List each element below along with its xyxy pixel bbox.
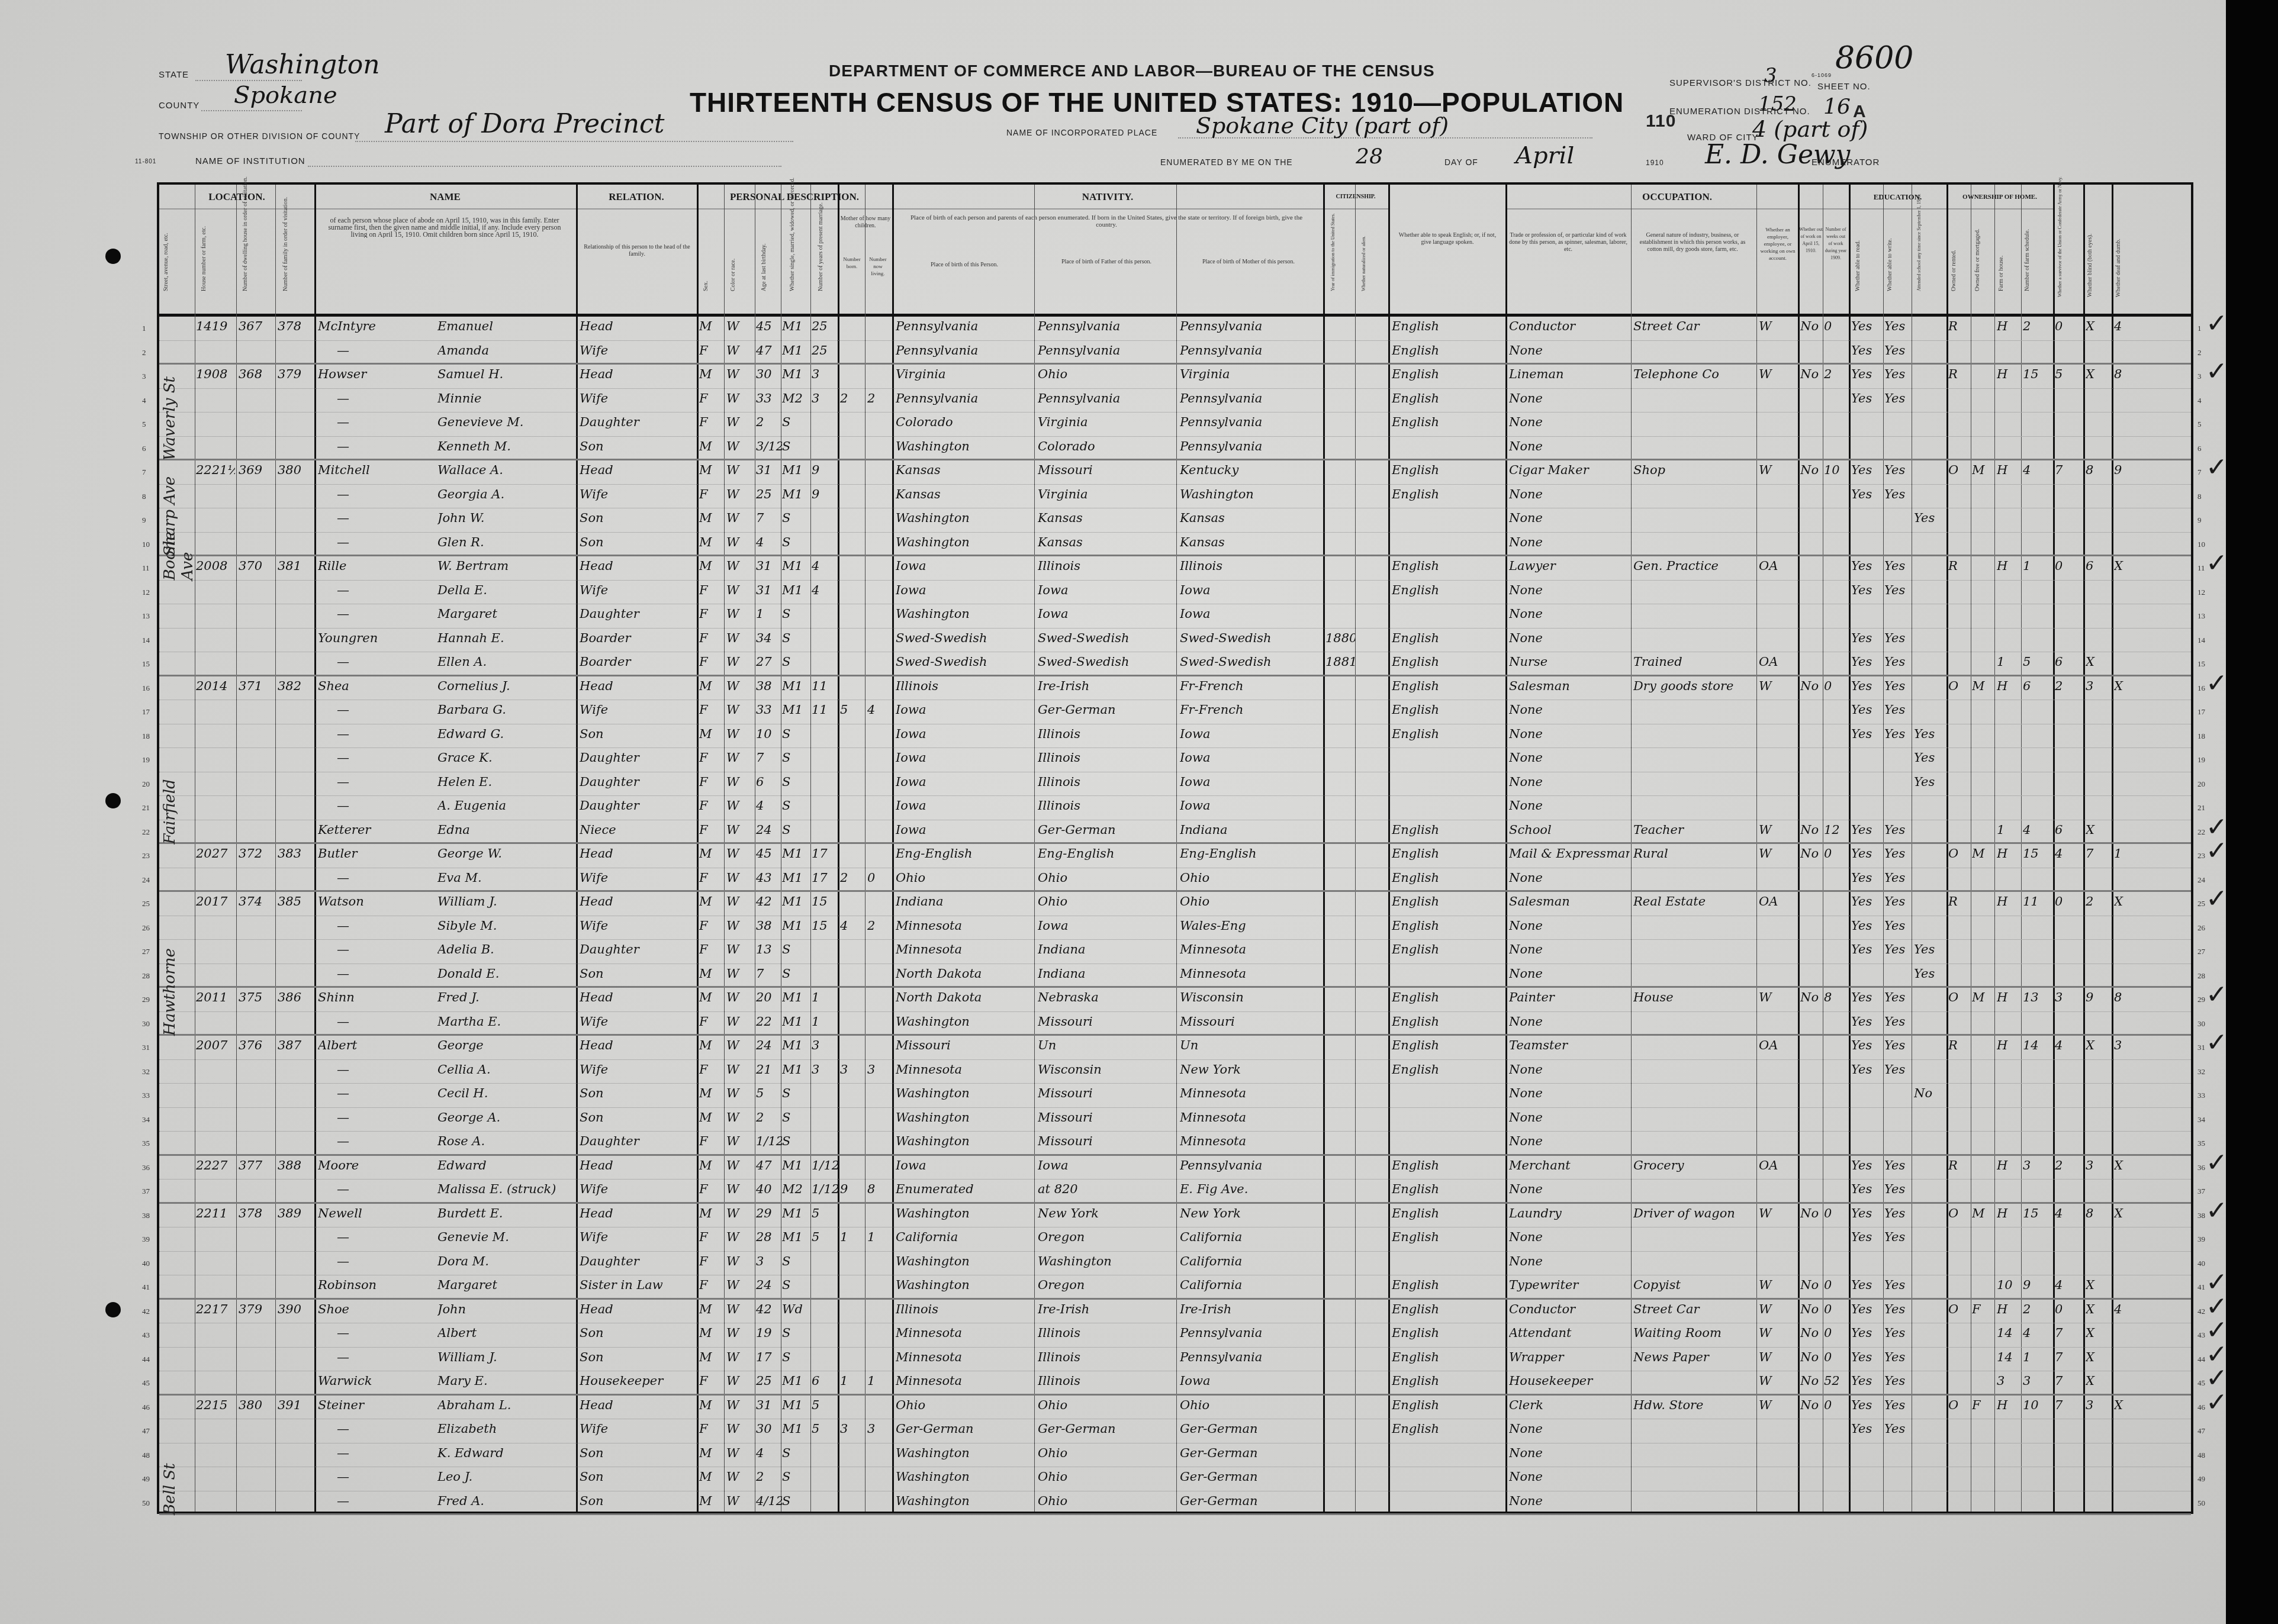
line-number: 23 (2197, 851, 2205, 861)
cell-deaf: X (2114, 1398, 2138, 1412)
cell-can-write: Yes (1884, 367, 1912, 381)
group-relation: RELATION. (576, 185, 697, 210)
line-number-left: 33 (142, 1091, 150, 1100)
header-house-no: House number or farm, etc. (201, 214, 207, 291)
cell-father-birthplace: Indiana (1038, 942, 1175, 956)
cell-children-born: 1 (840, 1374, 864, 1388)
cell-sex: M (699, 1206, 723, 1220)
cell-color: W (726, 487, 753, 501)
cell-weeks-out: 0 (1824, 1326, 1848, 1340)
cell-farm-schedule: 3 (2023, 1158, 2051, 1172)
cell-veteran: 5 (2055, 367, 2082, 381)
line-number-left: 19 (142, 755, 150, 765)
cell-years-married: 6 (812, 1374, 838, 1388)
cell-birthplace: Washington (896, 1446, 1033, 1460)
cell-farm-schedule: 4 (2023, 823, 2051, 837)
cell-blind: 8 (2086, 463, 2110, 477)
cell-sex: F (699, 487, 723, 501)
cell-color: W (726, 775, 753, 789)
cell-father-birthplace: Missouri (1038, 1110, 1175, 1124)
cell-house-number: 2008 (196, 559, 235, 573)
cell-can-write: Yes (1884, 1398, 1912, 1412)
cell-language: English (1392, 1278, 1504, 1292)
cell-father-birthplace: Illinois (1038, 750, 1175, 765)
cell-birthplace: Pennsylvania (896, 319, 1033, 333)
cell-attended-school: Yes (1914, 727, 1945, 741)
table-row: —MinnieWifeFW33M2322PennsylvaniaPennsylv… (159, 389, 2191, 413)
cell-color: W (726, 583, 753, 597)
cell-color: W (726, 919, 753, 933)
cell-age: 4 (756, 1446, 782, 1460)
line-number: 48 (2197, 1451, 2205, 1460)
cell-birthplace: Ohio (896, 871, 1033, 885)
header-industry: General nature of industry, business, or… (1633, 232, 1752, 253)
cell-age: 40 (756, 1182, 782, 1196)
cell-given-name: Emanuel (437, 319, 574, 333)
cell-surname: Howser (318, 367, 436, 381)
line-number: 10 (2197, 540, 2205, 549)
cell-given-name: Leo J. (437, 1470, 574, 1484)
cell-can-write: Yes (1884, 631, 1912, 645)
line-number-left: 12 (142, 588, 150, 597)
group-location: LOCATION. (159, 185, 314, 210)
cell-dwelling-number: 368 (239, 367, 274, 381)
cell-language: English (1392, 1158, 1504, 1172)
cell-birthplace: Minnesota (896, 919, 1033, 933)
table-row: —Genevie M.WifeFW28M1511CaliforniaOregon… (159, 1227, 2191, 1252)
cell-given-name: Abraham L. (437, 1398, 574, 1412)
cell-father-birthplace: Virginia (1038, 487, 1175, 501)
cell-given-name: Margaret (437, 1278, 574, 1292)
cell-family-number: 383 (278, 846, 313, 861)
cell-age: 2 (756, 1110, 782, 1124)
cell-father-birthplace: Ohio (1038, 1398, 1175, 1412)
cell-birthplace: Iowa (896, 775, 1033, 789)
cell-children-living: 3 (867, 1422, 891, 1436)
cell-sex: M (699, 511, 723, 525)
cell-marital: M1 (782, 1158, 809, 1172)
cell-father-birthplace: Washington (1038, 1254, 1175, 1268)
header-immigration: Year of immigration to the United States… (1330, 220, 1336, 291)
cell-employer-status: W (1759, 679, 1797, 693)
cell-sex: F (699, 775, 723, 789)
cell-sex: F (699, 871, 723, 885)
cell-marital: S (782, 1110, 809, 1124)
cell-owned-rented: O (1948, 1302, 1970, 1316)
cell-can-read: Yes (1851, 894, 1882, 908)
cell-age: 19 (756, 1326, 782, 1340)
cell-given-name: Albert (437, 1326, 574, 1340)
cell-house-number: 2215 (196, 1398, 235, 1412)
cell-marital: M1 (782, 559, 809, 573)
cell-farm-schedule: 15 (2023, 1206, 2051, 1220)
cell-blind: X (2086, 1374, 2110, 1388)
cell-mother-birthplace: Wales-Eng (1180, 919, 1322, 933)
line-number-left: 16 (142, 684, 150, 693)
cell-veteran: 2 (2055, 1158, 2082, 1172)
cell-birthplace: Illinois (896, 1302, 1033, 1316)
table-row: —Cellia A.WifeFW21M1333MinnesotaWisconsi… (159, 1060, 2191, 1084)
cell-blind: 7 (2086, 846, 2110, 861)
cell-color: W (726, 1134, 753, 1148)
table-row: —Malissa E. (struck)WifeFW40M21/1298Enum… (159, 1180, 2191, 1204)
cell-mother-birthplace: California (1180, 1278, 1322, 1292)
cell-can-read: Yes (1851, 1206, 1882, 1220)
cell-sex: M (699, 1302, 723, 1316)
line-number-left: 6 (142, 444, 146, 453)
cell-children-living: 2 (867, 919, 891, 933)
cell-father-birthplace: at 820 (1038, 1182, 1175, 1196)
line-number: 4 (2197, 396, 2202, 405)
cell-sex: M (699, 1470, 723, 1484)
cell-color: W (726, 727, 753, 741)
cell-color: W (726, 1374, 753, 1388)
cell-marital: S (782, 1446, 809, 1460)
cell-can-read: Yes (1851, 1182, 1882, 1196)
cell-years-married: 15 (812, 919, 838, 933)
line-number: 12 (2197, 588, 2205, 597)
cell-age: 7 (756, 966, 782, 981)
cell-industry: House (1633, 990, 1755, 1004)
cell-trade: None (1509, 798, 1630, 813)
cell-given-name: Genevieve M. (437, 415, 574, 429)
table-row: —Martha E.WifeFW22M11WashingtonMissouriM… (159, 1012, 2191, 1036)
cell-age: 5 (756, 1086, 782, 1100)
cell-birthplace: Washington (896, 535, 1033, 549)
cell-father-birthplace: Swed-Swedish (1038, 655, 1175, 669)
cell-relation: Wife (580, 1182, 695, 1196)
cell-mortgage: M (1972, 679, 1993, 693)
cell-color: W (726, 1470, 753, 1484)
cell-color: W (726, 535, 753, 549)
cell-can-write: Yes (1884, 942, 1912, 956)
cell-owned-rented: O (1948, 1206, 1970, 1220)
cell-veteran: 4 (2055, 846, 2082, 861)
cell-sex: F (699, 942, 723, 956)
cell-dwelling-number: 377 (239, 1158, 274, 1172)
cell-dwelling-number: 378 (239, 1206, 274, 1220)
cell-father-birthplace: Wisconsin (1038, 1062, 1175, 1077)
enumeration-district-value: 152 (1758, 92, 1797, 116)
checkmark-icon: ✓ (2206, 356, 2228, 386)
line-number: 28 (2197, 971, 2205, 981)
cell-father-birthplace: Iowa (1038, 919, 1175, 933)
cell-father-birthplace: Iowa (1038, 607, 1175, 621)
line-number: 38 (2197, 1211, 2205, 1220)
cell-birthplace: Iowa (896, 1158, 1033, 1172)
cell-given-name: Minnie (437, 391, 574, 405)
cell-color: W (726, 607, 753, 621)
cell-employer-status: W (1759, 1350, 1797, 1364)
cell-blind: X (2086, 655, 2110, 669)
cell-house-number: 2007 (196, 1038, 235, 1052)
cell-father-birthplace: Ger-German (1038, 703, 1175, 717)
cell-relation: Son (580, 1326, 695, 1340)
cell-age: 38 (756, 679, 782, 693)
cell-color: W (726, 1158, 753, 1172)
cell-can-write: Yes (1884, 1182, 1912, 1196)
table-row: 2008370381RilleW. BertramHeadMW31M14Iowa… (159, 556, 2191, 581)
cell-marital: M1 (782, 1062, 809, 1077)
line-number-left: 22 (142, 827, 150, 837)
cell-marital: M2 (782, 1182, 809, 1196)
cell-relation: Head (580, 1302, 695, 1316)
cell-owned-rented: O (1948, 1398, 1970, 1412)
cell-house-number: 2227 (196, 1158, 235, 1172)
state-value: Washington (225, 50, 380, 80)
cell-father-birthplace: Illinois (1038, 798, 1175, 813)
cell-years-married: 11 (812, 703, 838, 717)
cell-years-married: 3 (812, 1062, 838, 1077)
cell-mother-birthplace: Swed-Swedish (1180, 655, 1322, 669)
table-row: RobinsonMargaretSister in LawFW24SWashin… (159, 1275, 2191, 1300)
table-row: —Leo J.SonMW2SWashingtonOhioGer-GermanNo… (159, 1467, 2191, 1491)
cell-family-number: 390 (278, 1302, 313, 1316)
cell-family-number: 386 (278, 990, 313, 1004)
cell-birthplace: Washington (896, 439, 1033, 453)
line-number: 25 (2197, 899, 2205, 908)
cell-mother-birthplace: Ohio (1180, 871, 1322, 885)
cell-children-born: 5 (840, 703, 864, 717)
cell-surname: Butler (318, 846, 436, 861)
cell-birthplace: Washington (896, 1470, 1033, 1484)
cell-out-of-work: No (1800, 1350, 1823, 1364)
cell-sex: M (699, 990, 723, 1004)
cell-can-read: Yes (1851, 463, 1882, 477)
cell-house-number: 1908 (196, 367, 235, 381)
cell-can-write: Yes (1884, 1014, 1912, 1029)
line-number: 50 (2197, 1499, 2205, 1508)
cell-birthplace: Indiana (896, 894, 1033, 908)
line-number-left: 24 (142, 875, 150, 885)
line-number-left: 46 (142, 1403, 150, 1412)
line-number: 19 (2197, 755, 2205, 765)
cell-marital: M1 (782, 1422, 809, 1436)
line-number-left: 40 (142, 1259, 150, 1268)
cell-employer-status: OA (1759, 894, 1797, 908)
cell-given-name: Della E. (437, 583, 574, 597)
cell-mother-birthplace: Ohio (1180, 1398, 1322, 1412)
table-row: 2014371382SheaCornelius J.HeadMW38M111Il… (159, 676, 2191, 701)
cell-sex: M (699, 319, 723, 333)
line-number: 1 (2197, 324, 2202, 333)
cell-surname: Albert (318, 1038, 436, 1052)
line-number: 39 (2197, 1235, 2205, 1244)
cell-relation: Wife (580, 1014, 695, 1029)
cell-color: W (726, 367, 753, 381)
cell-given-name: George (437, 1038, 574, 1052)
cell-farm-or-house: H (1997, 367, 2020, 381)
cell-birthplace: Minnesota (896, 1374, 1033, 1388)
cell-sex: F (699, 583, 723, 597)
cell-years-married: 5 (812, 1422, 838, 1436)
line-number-left: 27 (142, 947, 150, 956)
cell-trade: None (1509, 1494, 1630, 1508)
ward-label: Ward of city (1687, 133, 1759, 143)
cell-veteran: 7 (2055, 1374, 2082, 1388)
cell-weeks-out: 0 (1824, 1302, 1848, 1316)
cell-birthplace: Minnesota (896, 1062, 1033, 1077)
cell-sex: M (699, 1086, 723, 1100)
cell-family-number: 388 (278, 1158, 313, 1172)
header-school: Attended school any time since September… (1916, 220, 1922, 291)
cell-owned-rented: R (1948, 367, 1970, 381)
cell-trade: None (1509, 1134, 1630, 1148)
cell-mother-birthplace: Un (1180, 1038, 1322, 1052)
cell-age: 6 (756, 775, 782, 789)
cell-veteran: 3 (2055, 990, 2082, 1004)
cell-mother-birthplace: Swed-Swedish (1180, 631, 1322, 645)
form-code: 11-801 (135, 159, 156, 165)
line-number-left: 10 (142, 540, 150, 549)
cell-given-name: William J. (437, 894, 574, 908)
cell-relation: Head (580, 846, 695, 861)
cell-out-of-work: No (1800, 823, 1823, 837)
cell-birthplace: Iowa (896, 703, 1033, 717)
cell-sex: M (699, 894, 723, 908)
cell-father-birthplace: Kansas (1038, 535, 1175, 549)
cell-industry: Dry goods store (1633, 679, 1755, 693)
cell-can-read: Yes (1851, 942, 1882, 956)
cell-mother-birthplace: Minnesota (1180, 942, 1322, 956)
cell-farm-schedule: 15 (2023, 367, 2051, 381)
census-sheet: State Washington County Spokane Township… (0, 0, 2226, 1624)
cell-language: English (1392, 1206, 1504, 1220)
line-number: 34 (2197, 1115, 2205, 1124)
cell-age: 45 (756, 319, 782, 333)
cell-color: W (726, 703, 753, 717)
cell-years-married: 17 (812, 846, 838, 861)
cell-trade: Mail & Expressman (1509, 846, 1630, 861)
cell-age: 27 (756, 655, 782, 669)
header-farm-schedule: Number of farm schedule. (2024, 220, 2031, 291)
street-name-note: Bell St (161, 1371, 179, 1515)
cell-sex: F (699, 823, 723, 837)
cell-color: W (726, 1422, 753, 1436)
line-number: 42 (2197, 1307, 2205, 1316)
cell-relation: Son (580, 439, 695, 453)
cell-dwelling-number: 372 (239, 846, 274, 861)
cell-language: English (1392, 703, 1504, 717)
cell-employer-status: W (1759, 1374, 1797, 1388)
table-row: 2007376387AlbertGeorgeHeadMW24M13Missour… (159, 1036, 2191, 1060)
cell-language: English (1392, 463, 1504, 477)
header-years-married: Number of years of present marriage. (818, 220, 824, 291)
cell-father-birthplace: Iowa (1038, 1158, 1175, 1172)
cell-father-birthplace: Illinois (1038, 1350, 1175, 1364)
cell-birthplace: Ger-German (896, 1422, 1033, 1436)
cell-farm-schedule: 11 (2023, 894, 2051, 908)
cell-mother-birthplace: Ger-German (1180, 1494, 1322, 1508)
cell-sex: F (699, 703, 723, 717)
cell-given-name: Mary E. (437, 1374, 574, 1388)
cell-color: W (726, 559, 753, 573)
cell-father-birthplace: Pennsylvania (1038, 343, 1175, 357)
cell-relation: Son (580, 511, 695, 525)
cell-out-of-work: No (1800, 1398, 1823, 1412)
header-language: Whether able to speak English; or, if no… (1394, 232, 1501, 246)
cell-years-married: 25 (812, 343, 838, 357)
line-number-left: 50 (142, 1499, 150, 1508)
cell-trade: Painter (1509, 990, 1630, 1004)
cell-given-name: Fred A. (437, 1494, 574, 1508)
cell-father-birthplace: Colorado (1038, 439, 1175, 453)
binder-hole (105, 1302, 121, 1317)
cell-given-name: George A. (437, 1110, 574, 1124)
cell-trade: Typewriter (1509, 1278, 1630, 1292)
cell-language: English (1392, 679, 1504, 693)
cell-language: English (1392, 1230, 1504, 1244)
cell-marital: M1 (782, 1038, 809, 1052)
cell-given-name: Hannah E. (437, 631, 574, 645)
cell-can-read: Yes (1851, 1326, 1882, 1340)
cell-age: 17 (756, 1350, 782, 1364)
cell-mother-birthplace: Pennsylvania (1180, 319, 1322, 333)
cell-mother-birthplace: Indiana (1180, 823, 1322, 837)
cell-given-name: Wallace A. (437, 463, 574, 477)
cell-birthplace: Iowa (896, 727, 1033, 741)
cell-weeks-out: 0 (1824, 1350, 1848, 1364)
cell-age: 43 (756, 871, 782, 885)
cell-sex: F (699, 1374, 723, 1388)
department-heading: DEPARTMENT OF COMMERCE AND LABOR—BUREAU … (829, 62, 1435, 80)
cell-mother-birthplace: New York (1180, 1062, 1322, 1077)
table-row: —Edward G.SonMW10SIowaIllinoisIowaEnglis… (159, 724, 2191, 749)
cell-years-married: 5 (812, 1398, 838, 1412)
cell-given-name: Margaret (437, 607, 574, 621)
line-number-left: 8 (142, 492, 146, 501)
cell-age: 42 (756, 1302, 782, 1316)
cell-can-read: Yes (1851, 655, 1882, 669)
table-row: —Dora M.DaughterFW3SWashingtonWashington… (159, 1252, 2191, 1276)
cell-farm-or-house: H (1997, 1206, 2020, 1220)
cell-relation: Head (580, 990, 695, 1004)
cell-given-name: Malissa E. (struck) (437, 1182, 574, 1196)
census-title: THIRTEENTH CENSUS OF THE UNITED STATES: … (690, 86, 1624, 118)
cell-industry: Shop (1633, 463, 1755, 477)
cell-age: 25 (756, 1374, 782, 1388)
table-row: 2221½369380MitchellWallace A.HeadMW31M19… (159, 460, 2191, 485)
line-number-left: 4 (142, 396, 146, 405)
cell-farm-or-house: 1 (1997, 655, 2020, 669)
line-number-left: 13 (142, 611, 150, 621)
cell-relation: Daughter (580, 415, 695, 429)
cell-trade: Housekeeper (1509, 1374, 1630, 1388)
cell-can-write: Yes (1884, 1350, 1912, 1364)
checkmark-icon: ✓ (2206, 308, 2228, 339)
cell-mother-birthplace: Pennsylvania (1180, 415, 1322, 429)
cell-can-read: Yes (1851, 631, 1882, 645)
cell-birthplace: Minnesota (896, 1326, 1033, 1340)
cell-can-write: Yes (1884, 823, 1912, 837)
cell-can-read: Yes (1851, 1398, 1882, 1412)
cell-family-number: 382 (278, 679, 313, 693)
cell-age: 4/12 (756, 1494, 782, 1508)
cell-birthplace: Minnesota (896, 942, 1033, 956)
cell-age: 4 (756, 535, 782, 549)
cell-trade: None (1509, 535, 1630, 549)
cell-marital: S (782, 607, 809, 621)
cell-can-write: Yes (1884, 1158, 1912, 1172)
cell-marital: S (782, 1326, 809, 1340)
cell-father-birthplace: Illinois (1038, 559, 1175, 573)
cell-relation: Head (580, 1398, 695, 1412)
cell-relation: Son (580, 1470, 695, 1484)
cell-age: 34 (756, 631, 782, 645)
cell-can-read: Yes (1851, 1230, 1882, 1244)
cell-attended-school: Yes (1914, 942, 1945, 956)
cell-can-write: Yes (1884, 894, 1912, 908)
